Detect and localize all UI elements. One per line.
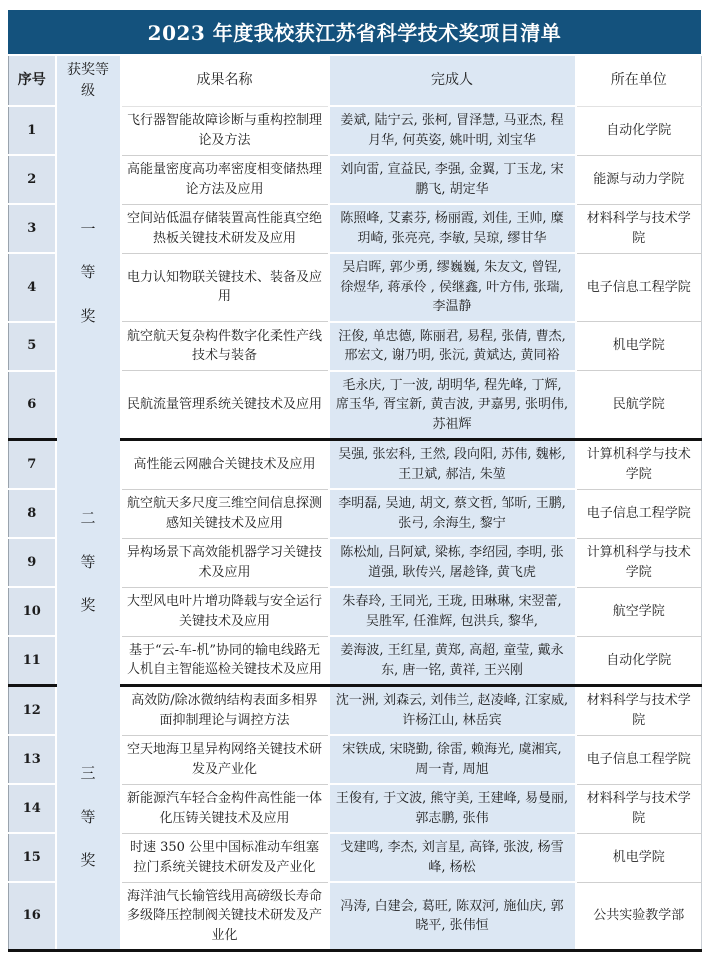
- achievement-name-cell: 时速 350 公里中国标准动车组塞拉门系统关键技术研发及产业化: [121, 833, 329, 882]
- col-header-unit: 所在单位: [576, 56, 702, 106]
- row-index-cell: 9: [9, 538, 56, 587]
- completers-cell: 朱春玲, 王同光, 王珑, 田琳琳, 宋翌蕾, 吴胜军, 任淮辉, 包洪兵, 黎…: [329, 587, 576, 636]
- unit-cell: 能源与动力学院: [576, 155, 702, 204]
- unit-cell: 民航学院: [576, 371, 702, 440]
- achievement-name-cell: 基于“云-车-机”协同的输电线路无人机自主智能巡检关键技术及应用: [121, 636, 329, 686]
- unit-cell: 电子信息工程学院: [576, 489, 702, 538]
- award-level-label: 三等奖: [79, 752, 96, 883]
- achievement-name-cell: 大型风电叶片增功降载与安全运行关键技术及应用: [121, 587, 329, 636]
- achievement-name-cell: 新能源汽车轻合金构件高性能一体化压铸关键技术及应用: [121, 784, 329, 833]
- unit-cell: 机电学院: [576, 322, 702, 371]
- row-index-cell: 8: [9, 489, 56, 538]
- completers-cell: 陈照峰, 艾素芬, 杨丽霞, 刘佳, 王帅, 糜玥崎, 张亮亮, 李敏, 吴琼,…: [329, 204, 576, 253]
- row-index-cell: 7: [9, 440, 56, 490]
- completers-cell: 毛永庆, 丁一波, 胡明华, 程先峰, 丁辉, 席玉华, 胥宝新, 黄吉波, 尹…: [329, 371, 576, 440]
- row-index-cell: 13: [9, 735, 56, 784]
- row-index-cell: 1: [9, 106, 56, 155]
- col-header-completers: 完成人: [329, 56, 576, 106]
- unit-cell: 机电学院: [576, 833, 702, 882]
- page: 2023 年度我校获江苏省科学技术奖项目清单 序号 获奖等级 成果名称 完成人 …: [0, 0, 709, 958]
- row-index-cell: 11: [9, 636, 56, 686]
- achievement-name-cell: 海洋油气长输管线用高磅级长寿命多级降压控制阀关键技术研发及产业化: [121, 882, 329, 951]
- completers-cell: 刘向雷, 宣益民, 李强, 金翼, 丁玉龙, 宋鹏飞, 胡定华: [329, 155, 576, 204]
- achievement-name-cell: 高能量密度高功率密度相变储热理论方法及应用: [121, 155, 329, 204]
- completers-cell: 戈建鸣, 李杰, 刘言星, 高锋, 张波, 杨雪峰, 杨松: [329, 833, 576, 882]
- achievement-name-cell: 高效防/除冰微纳结构表面多相界面抑制理论与调控方法: [121, 686, 329, 736]
- row-index-cell: 14: [9, 784, 56, 833]
- unit-cell: 电子信息工程学院: [576, 253, 702, 322]
- row-index-cell: 12: [9, 686, 56, 736]
- unit-cell: 公共实验教学部: [576, 882, 702, 951]
- award-level-cell: 三等奖: [56, 686, 121, 951]
- unit-cell: 材料科学与技术学院: [576, 204, 702, 253]
- achievement-name-cell: 飞行器智能故障诊断与重构控制理论及方法: [121, 106, 329, 155]
- unit-cell: 自动化学院: [576, 636, 702, 686]
- unit-cell: 材料科学与技术学院: [576, 784, 702, 833]
- achievement-name-cell: 空天地海卫星异构网络关键技术研发及产业化: [121, 735, 329, 784]
- col-header-award-level: 获奖等级: [56, 56, 121, 106]
- table-row: 1一等奖飞行器智能故障诊断与重构控制理论及方法姜斌, 陆宁云, 张柯, 冒泽慧,…: [9, 106, 702, 155]
- achievement-name-cell: 航空航天多尺度三维空间信息探测感知关键技术及应用: [121, 489, 329, 538]
- row-index-cell: 16: [9, 882, 56, 951]
- unit-cell: 材料科学与技术学院: [576, 686, 702, 736]
- col-header-achievement: 成果名称: [121, 56, 329, 106]
- achievement-name-cell: 航空航天复杂构件数字化柔性产线技术与装备: [121, 322, 329, 371]
- completers-cell: 宋铁成, 宋晓勤, 徐雷, 赖海光, 虞湘宾, 周一青, 周旭: [329, 735, 576, 784]
- header-row: 序号 获奖等级 成果名称 完成人 所在单位: [9, 56, 702, 106]
- completers-cell: 吴强, 张宏科, 王然, 段向阳, 苏伟, 魏彬, 王卫斌, 郝洁, 朱堃: [329, 440, 576, 490]
- row-index-cell: 2: [9, 155, 56, 204]
- row-index-cell: 3: [9, 204, 56, 253]
- completers-cell: 冯涛, 白建会, 葛旺, 陈双河, 施仙庆, 郭晓平, 张伟恒: [329, 882, 576, 951]
- unit-cell: 计算机科学与技术学院: [576, 538, 702, 587]
- table-title: 2023 年度我校获江苏省科学技术奖项目清单: [8, 10, 701, 54]
- award-level-cell: 二等奖: [56, 440, 121, 686]
- completers-cell: 王俊有, 于文波, 熊守美, 王建峰, 易曼丽, 郭志鹏, 张伟: [329, 784, 576, 833]
- completers-cell: 李明磊, 吴迪, 胡文, 蔡文哲, 邹昕, 王鹏, 张弓, 余海生, 黎宁: [329, 489, 576, 538]
- completers-cell: 沈一洲, 刘森云, 刘伟兰, 赵凌峰, 江家威, 许杨江山, 林岳宾: [329, 686, 576, 736]
- award-level-cell: 一等奖: [56, 106, 121, 440]
- unit-cell: 电子信息工程学院: [576, 735, 702, 784]
- row-index-cell: 15: [9, 833, 56, 882]
- unit-cell: 自动化学院: [576, 106, 702, 155]
- col-header-index: 序号: [9, 56, 56, 106]
- completers-cell: 姜斌, 陆宁云, 张柯, 冒泽慧, 马亚杰, 程月华, 何英姿, 姚叶明, 刘宝…: [329, 106, 576, 155]
- awards-table: 序号 获奖等级 成果名称 完成人 所在单位 1一等奖飞行器智能故障诊断与重构控制…: [8, 56, 702, 952]
- achievement-name-cell: 民航流量管理系统关键技术及应用: [121, 371, 329, 440]
- achievement-name-cell: 异构场景下高效能机器学习关键技术及应用: [121, 538, 329, 587]
- achievement-name-cell: 电力认知物联关键技术、装备及应用: [121, 253, 329, 322]
- row-index-cell: 5: [9, 322, 56, 371]
- table-body: 1一等奖飞行器智能故障诊断与重构控制理论及方法姜斌, 陆宁云, 张柯, 冒泽慧,…: [9, 106, 702, 951]
- row-index-cell: 10: [9, 587, 56, 636]
- unit-cell: 计算机科学与技术学院: [576, 440, 702, 490]
- row-index-cell: 4: [9, 253, 56, 322]
- table-row: 12三等奖高效防/除冰微纳结构表面多相界面抑制理论与调控方法沈一洲, 刘森云, …: [9, 686, 702, 736]
- achievement-name-cell: 高性能云网融合关键技术及应用: [121, 440, 329, 490]
- table-row: 7二等奖高性能云网融合关键技术及应用吴强, 张宏科, 王然, 段向阳, 苏伟, …: [9, 440, 702, 490]
- completers-cell: 汪俊, 单忠德, 陈丽君, 易程, 张倩, 曹杰, 邢宏文, 谢乃明, 张沅, …: [329, 322, 576, 371]
- completers-cell: 陈松灿, 吕阿斌, 梁栋, 李绍园, 李明, 张道强, 耿传兴, 屠趁锋, 黄飞…: [329, 538, 576, 587]
- award-level-label: 二等奖: [79, 497, 96, 628]
- completers-cell: 姜海波, 王红星, 黄郑, 高超, 童莹, 戴永东, 唐一铭, 黄祥, 王兴刚: [329, 636, 576, 686]
- achievement-name-cell: 空间站低温存储装置高性能真空绝热板关键技术研发及应用: [121, 204, 329, 253]
- award-level-label: 一等奖: [79, 208, 96, 339]
- table-header: 序号 获奖等级 成果名称 完成人 所在单位: [9, 56, 702, 106]
- completers-cell: 吴启晖, 郭少勇, 缪巍巍, 朱友文, 曾锃, 徐煜华, 蒋承伶 , 侯继鑫, …: [329, 253, 576, 322]
- row-index-cell: 6: [9, 371, 56, 440]
- unit-cell: 航空学院: [576, 587, 702, 636]
